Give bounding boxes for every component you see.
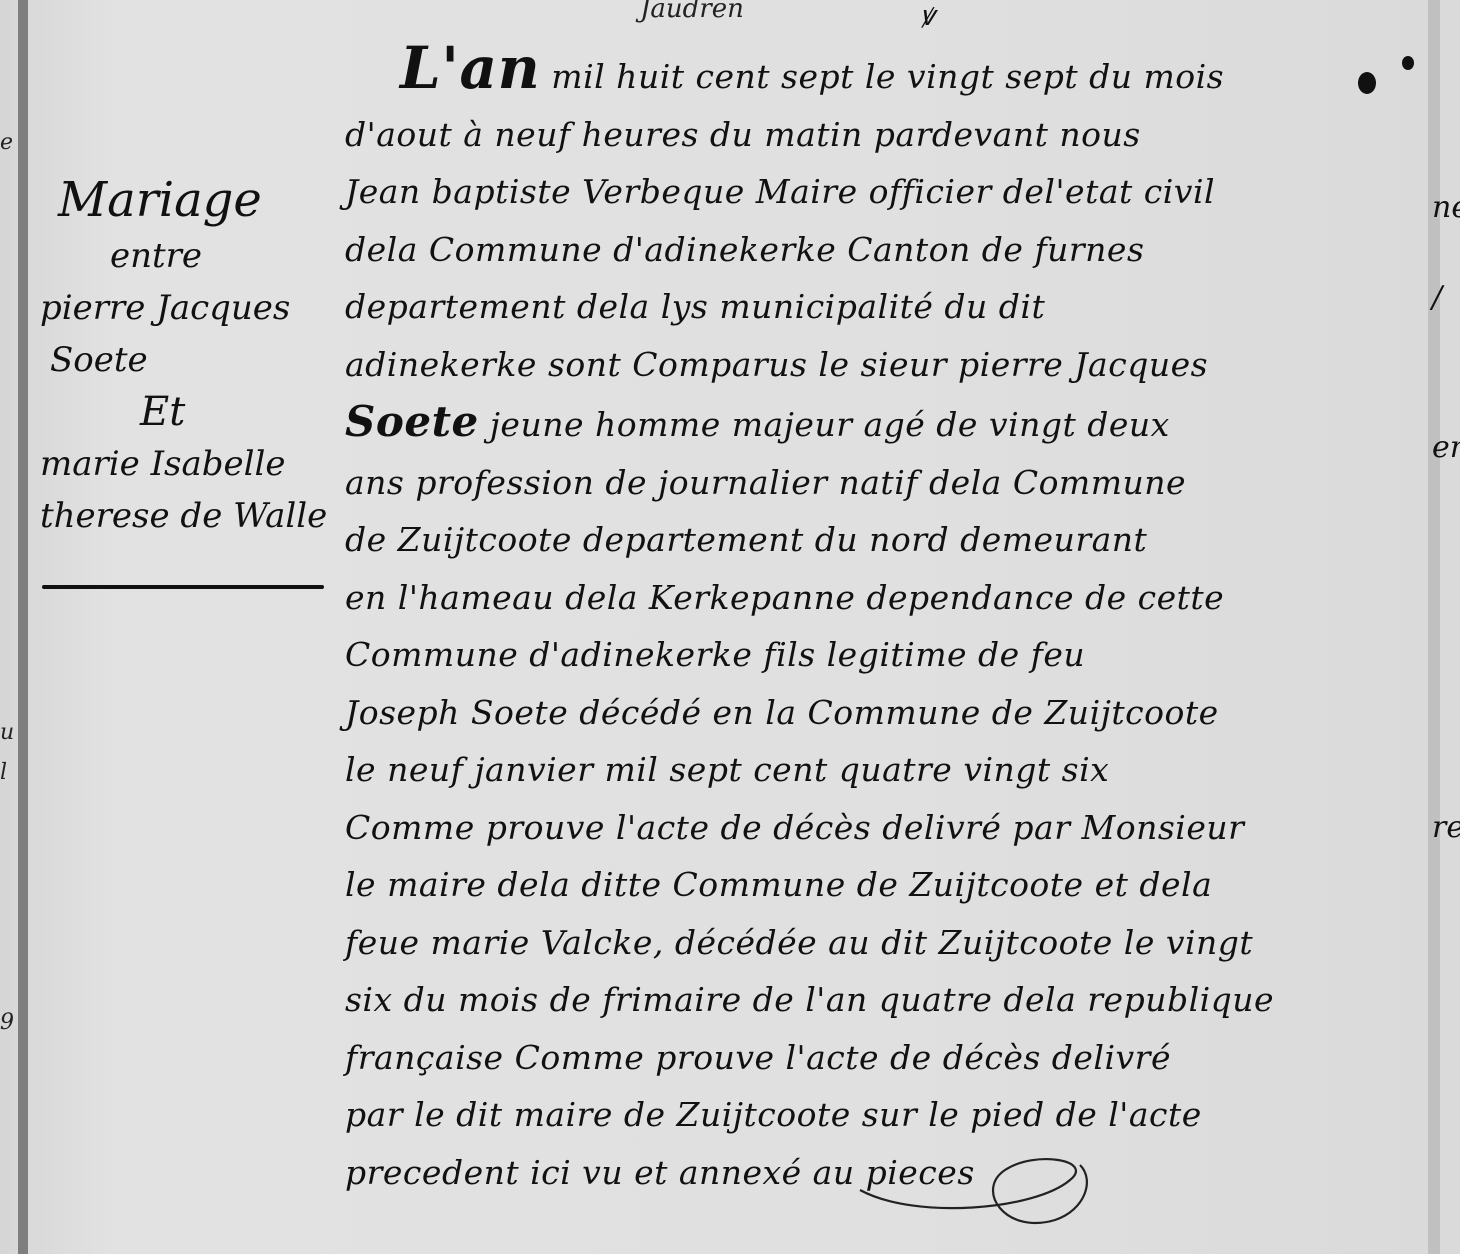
margin-line: pierre Jacques xyxy=(40,282,330,334)
body-line: departement dela lys municipalité du dit xyxy=(345,278,1425,336)
body-line: de Zuijtcoote departement du nord demeur… xyxy=(345,511,1425,569)
right-page-fragment: en xyxy=(1432,430,1460,465)
body-line: L'an mil huit cent sept le vingt sept du… xyxy=(345,40,1425,106)
right-page-fragment: / xyxy=(1432,280,1442,315)
dropcap: L'an xyxy=(400,34,540,102)
right-page-fragment: re xyxy=(1432,810,1460,845)
body-line: d'aout à neuf heures du matin pardevant … xyxy=(345,106,1425,164)
body-line: Commune d'adinekerke fils legitime de fe… xyxy=(345,626,1425,684)
header-mark: ꝟ xyxy=(920,0,934,34)
body-line: Joseph Soete décédé en la Commune de Zui… xyxy=(345,684,1425,742)
body-line: six du mois de frimaire de l'an quatre d… xyxy=(345,971,1425,1029)
body-line: le neuf janvier mil sept cent quatre vin… xyxy=(345,741,1425,799)
left-page-fragment: e xyxy=(0,130,13,155)
margin-entry-title: Mariage entre pierre Jacques Soete Et ma… xyxy=(40,170,330,542)
body-line: ans profession de journalier natif dela … xyxy=(345,454,1425,512)
margin-line: marie Isabelle xyxy=(40,438,330,490)
margin-line: therese de Walle xyxy=(40,490,330,542)
left-page-fragment: 9 xyxy=(0,1010,14,1035)
body-line: Jean baptiste Verbeque Maire officier de… xyxy=(345,163,1425,221)
body-line: dela Commune d'adinekerke Canton de furn… xyxy=(345,221,1425,279)
body-line: par le dit maire de Zuijtcoote sur le pi… xyxy=(345,1086,1425,1144)
body-line: le maire dela ditte Commune de Zuijtcoot… xyxy=(345,856,1425,914)
closing-flourish-icon xyxy=(855,1150,1115,1240)
record-body: L'an mil huit cent sept le vingt sept du… xyxy=(345,40,1425,1201)
margin-underline xyxy=(42,585,324,589)
header-annotation: Jaudren xyxy=(640,0,744,24)
body-line: en l'hameau dela Kerkepanne dependance d… xyxy=(345,569,1425,627)
body-line: adinekerke sont Comparus le sieur pierre… xyxy=(345,336,1425,394)
left-page-fragment: l xyxy=(0,760,7,785)
groom-surname: Soete xyxy=(345,397,479,446)
page-binding-right xyxy=(1428,0,1440,1254)
body-line: Comme prouve l'acte de décès delivré par… xyxy=(345,799,1425,857)
page-binding-left xyxy=(18,0,28,1254)
body-line: feue marie Valcke, décédée au dit Zuijtc… xyxy=(345,914,1425,972)
body-line: française Comme prouve l'acte de décès d… xyxy=(345,1029,1425,1087)
margin-line: entre xyxy=(110,230,330,282)
margin-line: Et xyxy=(140,386,330,438)
body-line: Soete jeune homme majeur agé de vingt de… xyxy=(345,393,1425,454)
margin-line: Soete xyxy=(50,334,330,386)
left-page-fragment: u xyxy=(0,720,14,745)
right-page-fragment: ne xyxy=(1432,190,1460,225)
margin-title: Mariage xyxy=(58,170,330,230)
document-page: e u l 9 ne / en re Jaudren ꝟ Mariage ent… xyxy=(0,0,1460,1254)
